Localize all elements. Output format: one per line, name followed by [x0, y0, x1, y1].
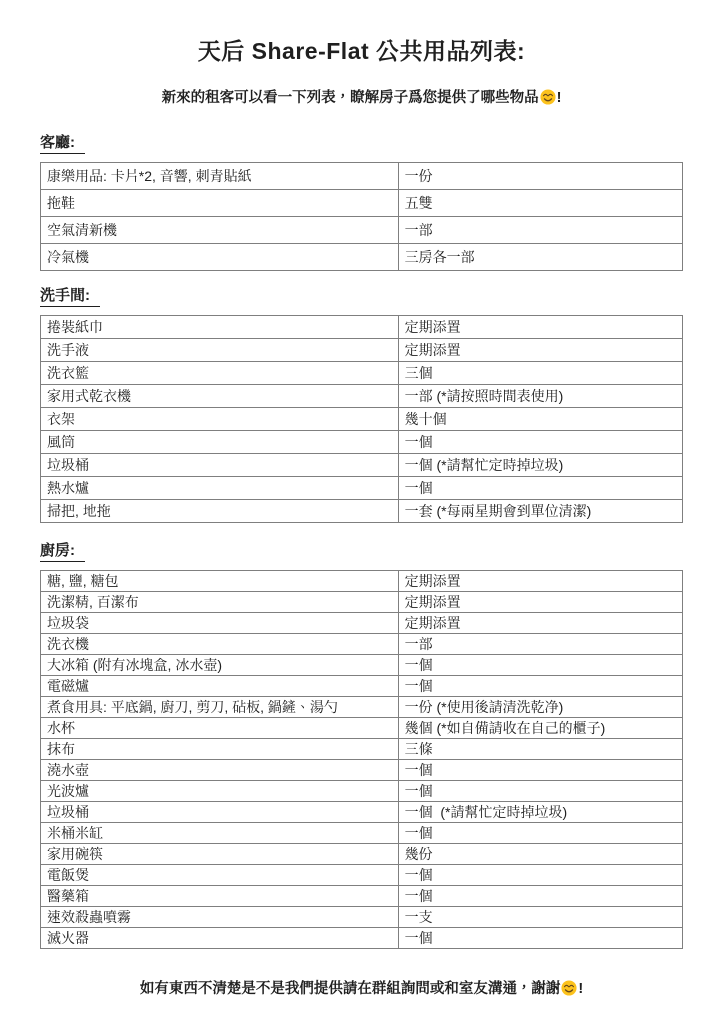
- item-quantity-cell: 一個: [398, 886, 682, 907]
- item-name-cell: 電飯煲: [41, 865, 399, 886]
- item-name-cell: 電磁爐: [41, 676, 399, 697]
- section-bathroom: 洗手間: 捲裝紙巾定期添置洗手液定期添置洗衣籃三個家用式乾衣機一部 (*請按照時…: [40, 286, 683, 523]
- table-row: 滅火器一個: [41, 928, 683, 949]
- section-living-room: 客廳: 康樂用品: 卡片*2, 音響, 刺青貼紙一份拖鞋五雙空氣清新機一部冷氣機…: [40, 133, 683, 271]
- item-name-cell: 光波爐: [41, 781, 399, 802]
- item-name-cell: 大冰箱 (附有冰塊盒, 冰水壺): [41, 655, 399, 676]
- item-quantity-cell: 一個: [398, 431, 682, 454]
- item-quantity-cell: 定期添置: [398, 613, 682, 634]
- document-footer: 如有東西不清楚是不是我們提供請在群組詢問或和室友溝通，謝謝!: [40, 980, 683, 999]
- item-name-cell: 澆水壺: [41, 760, 399, 781]
- item-quantity-cell: 三個: [398, 362, 682, 385]
- document-subtitle: 新來的租客可以看一下列表，瞭解房子爲您提供了哪些物品!: [40, 89, 683, 108]
- item-name-cell: 家用式乾衣機: [41, 385, 399, 408]
- table-row: 空氣清新機一部: [41, 217, 683, 244]
- table-row: 速效殺蟲噴霧一支: [41, 907, 683, 928]
- table-row: 電飯煲一個: [41, 865, 683, 886]
- table-row: 捲裝紙巾定期添置: [41, 316, 683, 339]
- item-name-cell: 家用碗筷: [41, 844, 399, 865]
- item-name-cell: 滅火器: [41, 928, 399, 949]
- item-quantity-cell: 一支: [398, 907, 682, 928]
- item-quantity-cell: 一個: [398, 928, 682, 949]
- item-quantity-cell: 一個 (*請幫忙定時掉垃圾): [398, 454, 682, 477]
- item-quantity-cell: 一個: [398, 676, 682, 697]
- item-name-cell: 垃圾桶: [41, 802, 399, 823]
- table-row: 垃圾桶一個 (*請幫忙定時掉垃圾): [41, 802, 683, 823]
- section-heading-bathroom: 洗手間:: [40, 286, 683, 307]
- page-title: 天后 Share-Flat 公共用品列表:: [40, 36, 683, 66]
- table-row: 抹布三條: [41, 739, 683, 760]
- subtitle-suffix: !: [557, 90, 562, 106]
- item-quantity-cell: 一個: [398, 760, 682, 781]
- item-name-cell: 空氣清新機: [41, 217, 399, 244]
- kitchen-table: 糖, 鹽, 糖包定期添置洗潔精, 百潔布定期添置垃圾袋定期添置洗衣機一部大冰箱 …: [40, 570, 683, 949]
- table-row: 電磁爐一個: [41, 676, 683, 697]
- document-page: 天后 Share-Flat 公共用品列表: 新來的租客可以看一下列表，瞭解房子爲…: [0, 0, 723, 1024]
- item-name-cell: 速效殺蟲噴霧: [41, 907, 399, 928]
- item-quantity-cell: 一個: [398, 865, 682, 886]
- item-name-cell: 衣架: [41, 408, 399, 431]
- table-row: 水杯幾個 (*如自備請收在自己的櫃子): [41, 718, 683, 739]
- table-row: 垃圾桶一個 (*請幫忙定時掉垃圾): [41, 454, 683, 477]
- item-quantity-cell: 三條: [398, 739, 682, 760]
- item-name-cell: 醫藥箱: [41, 886, 399, 907]
- item-name-cell: 垃圾袋: [41, 613, 399, 634]
- item-name-cell: 洗手液: [41, 339, 399, 362]
- item-name-cell: 煮食用具: 平底鍋, 廚刀, 剪刀, 砧板, 鍋鏟、湯勺: [41, 697, 399, 718]
- item-name-cell: 米桶米缸: [41, 823, 399, 844]
- item-quantity-cell: 一套 (*每兩星期會到單位清潔): [398, 500, 682, 523]
- item-quantity-cell: 一部: [398, 217, 682, 244]
- table-row: 冷氣機三房各一部: [41, 244, 683, 271]
- item-name-cell: 水杯: [41, 718, 399, 739]
- table-row: 康樂用品: 卡片*2, 音響, 刺青貼紙一份: [41, 163, 683, 190]
- item-name-cell: 掃把, 地拖: [41, 500, 399, 523]
- table-row: 洗手液定期添置: [41, 339, 683, 362]
- item-quantity-cell: 一份: [398, 163, 682, 190]
- smiling-face-emoji: [540, 89, 556, 105]
- table-row: 拖鞋五雙: [41, 190, 683, 217]
- item-quantity-cell: 定期添置: [398, 592, 682, 613]
- item-quantity-cell: 定期添置: [398, 571, 682, 592]
- table-row: 澆水壺一個: [41, 760, 683, 781]
- table-row: 熱水爐一個: [41, 477, 683, 500]
- table-row: 家用式乾衣機一部 (*請按照時間表使用): [41, 385, 683, 408]
- item-name-cell: 洗潔精, 百潔布: [41, 592, 399, 613]
- item-name-cell: 洗衣機: [41, 634, 399, 655]
- item-quantity-cell: 一個 (*請幫忙定時掉垃圾): [398, 802, 682, 823]
- footer-suffix: !: [578, 981, 583, 997]
- table-row: 衣架幾十個: [41, 408, 683, 431]
- table-row: 家用碗筷幾份: [41, 844, 683, 865]
- living-room-table: 康樂用品: 卡片*2, 音響, 刺青貼紙一份拖鞋五雙空氣清新機一部冷氣機三房各一…: [40, 162, 683, 271]
- item-name-cell: 康樂用品: 卡片*2, 音響, 刺青貼紙: [41, 163, 399, 190]
- footer-text: 如有東西不清楚是不是我們提供請在群組詢問或和室友溝通，謝謝: [140, 981, 561, 997]
- smiling-face-emoji: [561, 980, 577, 996]
- table-row: 風筒一個: [41, 431, 683, 454]
- item-quantity-cell: 一個: [398, 781, 682, 802]
- item-quantity-cell: 一部 (*請按照時間表使用): [398, 385, 682, 408]
- item-name-cell: 冷氣機: [41, 244, 399, 271]
- item-quantity-cell: 一個: [398, 823, 682, 844]
- table-row: 掃把, 地拖一套 (*每兩星期會到單位清潔): [41, 500, 683, 523]
- table-row: 垃圾袋定期添置: [41, 613, 683, 634]
- section-kitchen: 廚房: 糖, 鹽, 糖包定期添置洗潔精, 百潔布定期添置垃圾袋定期添置洗衣機一部…: [40, 541, 683, 949]
- item-quantity-cell: 一個: [398, 655, 682, 676]
- item-quantity-cell: 一個: [398, 477, 682, 500]
- table-row: 洗衣機一部: [41, 634, 683, 655]
- table-row: 洗衣籃三個: [41, 362, 683, 385]
- table-row: 煮食用具: 平底鍋, 廚刀, 剪刀, 砧板, 鍋鏟、湯勺一份 (*使用後請清洗乾…: [41, 697, 683, 718]
- item-quantity-cell: 定期添置: [398, 316, 682, 339]
- table-row: 米桶米缸一個: [41, 823, 683, 844]
- item-name-cell: 洗衣籃: [41, 362, 399, 385]
- table-row: 光波爐一個: [41, 781, 683, 802]
- table-row: 醫藥箱一個: [41, 886, 683, 907]
- item-name-cell: 風筒: [41, 431, 399, 454]
- item-name-cell: 抹布: [41, 739, 399, 760]
- item-quantity-cell: 幾份: [398, 844, 682, 865]
- item-name-cell: 垃圾桶: [41, 454, 399, 477]
- section-heading-kitchen: 廚房:: [40, 541, 683, 562]
- bathroom-table: 捲裝紙巾定期添置洗手液定期添置洗衣籃三個家用式乾衣機一部 (*請按照時間表使用)…: [40, 315, 683, 523]
- item-quantity-cell: 三房各一部: [398, 244, 682, 271]
- item-quantity-cell: 幾個 (*如自備請收在自己的櫃子): [398, 718, 682, 739]
- item-quantity-cell: 五雙: [398, 190, 682, 217]
- item-quantity-cell: 一份 (*使用後請清洗乾净): [398, 697, 682, 718]
- item-name-cell: 糖, 鹽, 糖包: [41, 571, 399, 592]
- section-heading-living-room: 客廳:: [40, 133, 683, 154]
- item-quantity-cell: 幾十個: [398, 408, 682, 431]
- item-name-cell: 熱水爐: [41, 477, 399, 500]
- item-quantity-cell: 定期添置: [398, 339, 682, 362]
- table-row: 大冰箱 (附有冰塊盒, 冰水壺)一個: [41, 655, 683, 676]
- item-name-cell: 拖鞋: [41, 190, 399, 217]
- item-name-cell: 捲裝紙巾: [41, 316, 399, 339]
- subtitle-text: 新來的租客可以看一下列表，瞭解房子爲您提供了哪些物品: [162, 90, 539, 106]
- table-row: 洗潔精, 百潔布定期添置: [41, 592, 683, 613]
- table-row: 糖, 鹽, 糖包定期添置: [41, 571, 683, 592]
- item-quantity-cell: 一部: [398, 634, 682, 655]
